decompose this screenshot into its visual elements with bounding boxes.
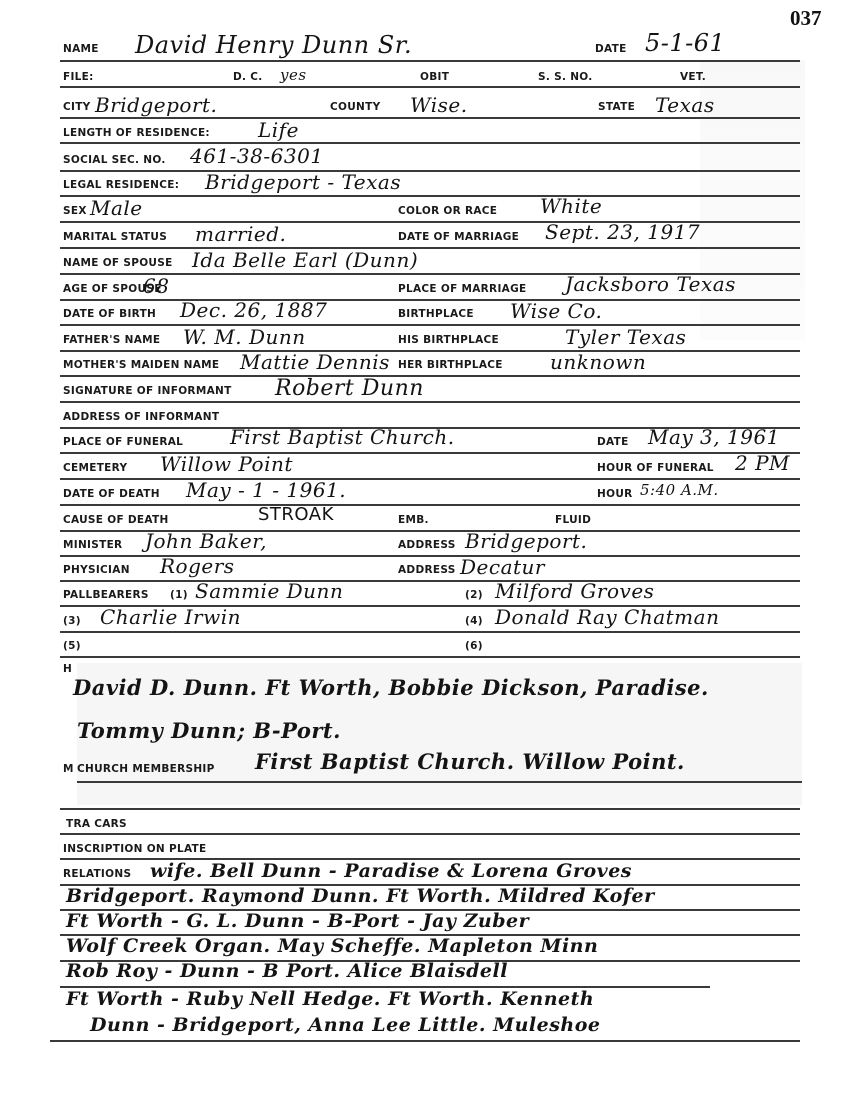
minister-value[interactable]: John Baker, bbox=[145, 529, 267, 553]
row-date-of-death: DATE OF DEATH May - 1 - 1961. HOUR 5:40 … bbox=[0, 481, 850, 507]
relations-line-3[interactable]: Ft Worth - G. L. Dunn - B-Port - Jay Zub… bbox=[66, 910, 529, 932]
mothers-maiden-name-value[interactable]: Mattie Dennis bbox=[240, 350, 390, 374]
church-membership-label: CHURCH MEMBERSHIP bbox=[77, 763, 215, 775]
cemetery-label: CEMETERY bbox=[63, 462, 127, 474]
length-of-residence-label: LENGTH OF RESIDENCE: bbox=[63, 127, 210, 139]
inscription-on-plate-label: INSCRIPTION ON PLATE bbox=[63, 843, 207, 855]
her-birthplace-value[interactable]: unknown bbox=[550, 350, 646, 374]
rule bbox=[50, 1040, 800, 1042]
place-of-marriage-label: PLACE OF MARRIAGE bbox=[398, 283, 526, 295]
row-city: CITY Bridgeport. COUNTY Wise. STATE Texa… bbox=[0, 93, 850, 119]
minister-label: MINISTER bbox=[63, 539, 122, 551]
rule bbox=[60, 656, 800, 658]
emb-label: EMB. bbox=[398, 514, 429, 526]
minister-address-label: ADDRESS bbox=[398, 539, 456, 551]
pallbearer-1-name[interactable]: Sammie Dunn bbox=[195, 579, 343, 603]
rule bbox=[60, 60, 800, 62]
date-of-death-label: DATE OF DEATH bbox=[63, 488, 160, 500]
rule bbox=[60, 808, 800, 810]
cause-of-death-value[interactable]: STROAK bbox=[258, 504, 334, 525]
his-birthplace-label: HIS BIRTHPLACE bbox=[398, 334, 499, 346]
rule bbox=[60, 401, 800, 403]
hour-of-death-value[interactable]: 5:40 A.M. bbox=[640, 481, 719, 499]
name-label: NAME bbox=[63, 43, 99, 55]
row-place-of-funeral: PLACE OF FUNERAL First Baptist Church. D… bbox=[0, 429, 850, 455]
hour-of-death-label: HOUR bbox=[597, 488, 633, 500]
row-signature: SIGNATURE OF INFORMANT Robert Dunn bbox=[0, 378, 850, 404]
physician-address-value[interactable]: Decatur bbox=[460, 555, 545, 579]
rule bbox=[60, 324, 800, 326]
minister-address-value[interactable]: Bridgeport. bbox=[465, 529, 587, 553]
rule bbox=[60, 478, 800, 480]
date-of-marriage-value[interactable]: Sept. 23, 1917 bbox=[545, 220, 700, 244]
state-value[interactable]: Texas bbox=[655, 93, 715, 117]
relations-line-7[interactable]: Dunn - Bridgeport, Anna Lee Little. Mule… bbox=[90, 1014, 601, 1036]
marital-status-label: MARITAL STATUS bbox=[63, 231, 167, 243]
hour-of-funeral-label: HOUR OF FUNERAL bbox=[597, 462, 714, 474]
physician-value[interactable]: Rogers bbox=[160, 554, 235, 578]
color-or-race-label: COLOR OR RACE bbox=[398, 205, 497, 217]
hour-of-funeral-value[interactable]: 2 PM bbox=[735, 451, 790, 475]
rule bbox=[60, 195, 800, 197]
row-minister: MINISTER John Baker, ADDRESS Bridgeport. bbox=[0, 532, 850, 558]
fathers-name-label: FATHER'S NAME bbox=[63, 334, 160, 346]
row-pallbearers-5-6: (5) (6) bbox=[0, 633, 850, 659]
sex-value[interactable]: Male bbox=[90, 196, 143, 220]
relations-line-6[interactable]: Ft Worth - Ruby Nell Hedge. Ft Worth. Ke… bbox=[66, 988, 594, 1010]
dc-label: D. C. bbox=[233, 71, 263, 83]
pallbearer-3-name[interactable]: Charlie Irwin bbox=[100, 605, 241, 629]
row-file: FILE: D. C. yes OBIT S. S. NO. VET. bbox=[0, 64, 850, 90]
ss-no-label: S. S. NO. bbox=[538, 71, 593, 83]
address-of-informant-label: ADDRESS OF INFORMANT bbox=[63, 411, 219, 423]
cause-of-death-label: CAUSE OF DEATH bbox=[63, 514, 169, 526]
row-cemetery: CEMETERY Willow Point HOUR OF FUNERAL 2 … bbox=[0, 455, 850, 481]
date-of-birth-label: DATE OF BIRTH bbox=[63, 308, 156, 320]
row-mother: MOTHER'S MAIDEN NAME Mattie Dennis HER B… bbox=[0, 352, 850, 378]
county-label: COUNTY bbox=[330, 101, 381, 113]
cemetery-value[interactable]: Willow Point bbox=[160, 452, 293, 476]
pasted-note-line-2: Tommy Dunn; B-Port. bbox=[77, 718, 341, 743]
pallbearer-5-num: (5) bbox=[63, 640, 81, 652]
funeral-date-label: DATE bbox=[597, 436, 629, 448]
extra-cars-label: TRA CARS bbox=[66, 818, 127, 830]
legal-residence-value[interactable]: Bridgeport - Texas bbox=[205, 170, 401, 194]
social-sec-value[interactable]: 461-38-6301 bbox=[190, 144, 324, 168]
pallbearer-4-name[interactable]: Donald Ray Chatman bbox=[495, 605, 719, 629]
rule bbox=[60, 247, 800, 249]
rule bbox=[77, 781, 802, 783]
church-membership-value[interactable]: First Baptist Church. Willow Point. bbox=[255, 749, 685, 774]
row-sex: SEX Male COLOR OR RACE White bbox=[0, 198, 850, 224]
spouse-name-label: NAME OF SPOUSE bbox=[63, 257, 173, 269]
date-of-marriage-label: DATE OF MARRIAGE bbox=[398, 231, 519, 243]
physician-label: PHYSICIAN bbox=[63, 564, 130, 576]
color-or-race-value[interactable]: White bbox=[540, 194, 602, 218]
date-value[interactable]: 5-1-61 bbox=[645, 29, 725, 57]
row-length-of-residence: LENGTH OF RESIDENCE: Life bbox=[0, 120, 850, 146]
vet-label: VET. bbox=[680, 71, 706, 83]
row-extra-cars: TRA CARS bbox=[0, 813, 850, 839]
pasted-note: David D. Dunn. Ft Worth, Bobbie Dickson,… bbox=[77, 663, 802, 805]
rule bbox=[60, 86, 800, 88]
rule bbox=[60, 375, 800, 377]
sex-label: SEX bbox=[63, 205, 87, 217]
length-of-residence-value[interactable]: Life bbox=[258, 118, 299, 142]
row-date-of-birth: DATE OF BIRTH Dec. 26, 1887 BIRTHPLACE W… bbox=[0, 301, 850, 327]
rule bbox=[60, 117, 800, 119]
marital-status-value[interactable]: married. bbox=[195, 222, 286, 246]
fluid-label: FLUID bbox=[555, 514, 591, 526]
signature-of-informant-value[interactable]: Robert Dunn bbox=[275, 376, 424, 401]
row-cause-of-death: CAUSE OF DEATH STROAK EMB. FLUID bbox=[0, 507, 850, 533]
city-value[interactable]: Bridgeport. bbox=[95, 93, 217, 117]
file-label: FILE: bbox=[63, 71, 94, 83]
row-age-of-spouse: AGE OF SPOUSE 68 PLACE OF MARRIAGE Jacks… bbox=[0, 276, 850, 302]
rule bbox=[60, 504, 800, 506]
her-birthplace-label: HER BIRTHPLACE bbox=[398, 359, 503, 371]
legal-residence-label: LEGAL RESIDENCE: bbox=[63, 179, 179, 191]
row-pallbearers-3-4: (3) Charlie Irwin (4) Donald Ray Chatman bbox=[0, 608, 850, 634]
place-of-marriage-value[interactable]: Jacksboro Texas bbox=[565, 272, 736, 296]
row-legal-residence: LEGAL RESIDENCE: Bridgeport - Texas bbox=[0, 172, 850, 198]
fathers-name-value[interactable]: W. M. Dunn bbox=[183, 325, 306, 349]
name-value[interactable]: David Henry Dunn Sr. bbox=[135, 31, 412, 59]
church-membership-prefix: M bbox=[63, 763, 74, 775]
pallbearer-2-num: (2) bbox=[465, 589, 483, 601]
state-label: STATE bbox=[598, 101, 635, 113]
row-physician: PHYSICIAN Rogers ADDRESS Decatur bbox=[0, 557, 850, 583]
physician-address-label: ADDRESS bbox=[398, 564, 456, 576]
pallbearer-2-name[interactable]: Milford Groves bbox=[495, 579, 654, 603]
rule bbox=[60, 142, 800, 144]
pallbearer-3-num: (3) bbox=[63, 615, 81, 627]
his-birthplace-value[interactable]: Tyler Texas bbox=[565, 325, 686, 349]
pallbearer-6-num: (6) bbox=[465, 640, 483, 652]
dc-value[interactable]: yes bbox=[280, 66, 307, 84]
spouse-name-value[interactable]: Ida Belle Earl (Dunn) bbox=[192, 248, 418, 272]
place-of-funeral-value[interactable]: First Baptist Church. bbox=[230, 425, 455, 449]
funeral-date-value[interactable]: May 3, 1961 bbox=[648, 425, 780, 449]
date-of-birth-value[interactable]: Dec. 26, 1887 bbox=[180, 298, 327, 322]
age-of-spouse-value[interactable]: 68 bbox=[143, 274, 169, 298]
row-social-sec: SOCIAL SEC. NO. 461-38-6301 bbox=[0, 146, 850, 172]
mothers-maiden-name-label: MOTHER'S MAIDEN NAME bbox=[63, 359, 219, 371]
row-name: NAME David Henry Dunn Sr. DATE 5-1-61 bbox=[0, 35, 850, 61]
rule bbox=[60, 833, 800, 835]
pallbearers-label: PALLBEARERS bbox=[63, 589, 149, 601]
relations-label: RELATIONS bbox=[63, 868, 131, 880]
birthplace-label: BIRTHPLACE bbox=[398, 308, 474, 320]
relations-line-1[interactable]: wife. Bell Dunn - Paradise & Lorena Grov… bbox=[150, 860, 632, 882]
date-label: DATE bbox=[595, 43, 627, 55]
row-father: FATHER'S NAME W. M. Dunn HIS BIRTHPLACE … bbox=[0, 327, 850, 353]
social-sec-label: SOCIAL SEC. NO. bbox=[63, 154, 166, 166]
date-of-death-value[interactable]: May - 1 - 1961. bbox=[186, 478, 346, 502]
relations-line-5[interactable]: Rob Roy - Dunn - B Port. Alice Blaisdell bbox=[66, 960, 508, 982]
row-marital-status: MARITAL STATUS married. DATE OF MARRIAGE… bbox=[0, 224, 850, 250]
honorary-label-fragment: H bbox=[63, 663, 72, 675]
pallbearer-4-num: (4) bbox=[465, 615, 483, 627]
birthplace-value[interactable]: Wise Co. bbox=[510, 299, 602, 323]
page-number: 037 bbox=[790, 6, 822, 31]
relations-line-2[interactable]: Bridgeport. Raymond Dunn. Ft Worth. Mild… bbox=[66, 885, 655, 907]
city-label: CITY bbox=[63, 101, 91, 113]
pallbearer-1-num: (1) bbox=[170, 589, 188, 601]
obit-label: OBIT bbox=[420, 71, 449, 83]
place-of-funeral-label: PLACE OF FUNERAL bbox=[63, 436, 183, 448]
county-value[interactable]: Wise. bbox=[410, 93, 468, 117]
relations-line-4[interactable]: Wolf Creek Organ. May Scheffe. Mapleton … bbox=[66, 935, 598, 957]
signature-of-informant-label: SIGNATURE OF INFORMANT bbox=[63, 385, 232, 397]
pasted-note-line-1: David D. Dunn. Ft Worth, Bobbie Dickson,… bbox=[73, 675, 709, 700]
